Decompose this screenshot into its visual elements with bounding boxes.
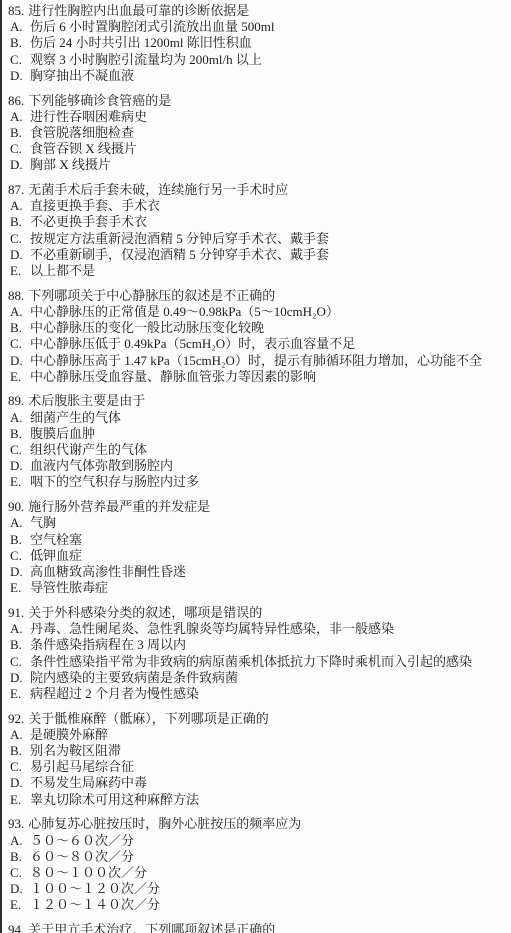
question-stem-text: 进行性胸腔内出血最可靠的诊断依据是: [28, 3, 249, 19]
option-row: D.不易发生局麻药中毒: [8, 775, 509, 791]
option-text: 胸部 X 线摄片: [30, 157, 111, 173]
option-letter: D.: [10, 775, 30, 791]
option-row: B.腹膜后血肿: [8, 426, 509, 442]
option-row: E.１２０～１４０次／分: [8, 897, 509, 913]
option-text: 气胸: [30, 515, 56, 531]
option-row: C.条件性感染指平常为非致病的病原菌乘机体抵抗力下降时乘机而入引起的感染: [8, 654, 509, 670]
question-stem-text: 关于甲亢手术治疗，下列哪项叙述是正确的: [28, 922, 275, 933]
option-text: 以上都不是: [30, 263, 95, 279]
option-letter: C.: [10, 759, 30, 775]
option-text: 伤后 6 小时置胸腔闭式引流放出血量 500ml: [30, 19, 274, 35]
option-row: B.中心静脉压的变化一般比动脉压变化较晚: [8, 320, 509, 336]
option-letter: B.: [10, 743, 30, 759]
option-row: A.丹毒、急性阑尾炎、急性乳腺炎等均属特异性感染，非一般感染: [8, 621, 509, 637]
option-letter: C.: [10, 548, 30, 564]
option-letter: E.: [10, 263, 30, 279]
question-block: 93.心肺复苏心脏按压时，胸外心脏按压的频率应为A.５０～６０次／分B.６０～８…: [8, 816, 509, 913]
option-row: A.是硬膜外麻醉: [8, 727, 509, 743]
option-row: B.食管脱落细胞检查: [8, 125, 509, 141]
option-letter: B.: [10, 849, 30, 865]
option-text: 睾丸切除术可用这种麻醉方法: [30, 792, 199, 808]
question-stem-text: 下列能够确诊食管癌的是: [28, 93, 171, 109]
option-text: 丹毒、急性阑尾炎、急性乳腺炎等均属特异性感染，非一般感染: [30, 621, 394, 637]
option-letter: E.: [10, 369, 30, 385]
option-row: E.咽下的空气积存与肠腔内过多: [8, 474, 509, 490]
option-text: １００～１２０次／分: [30, 881, 160, 897]
question-stem-text: 关于骶椎麻醉（骶麻），下列哪项是正确的: [28, 711, 269, 727]
option-row: E.睾丸切除术可用这种麻醉方法: [8, 792, 509, 808]
option-letter: A.: [10, 304, 30, 320]
question-block: 89.术后腹胀主要是由于A.细菌产生的气体B.腹膜后血肿C.组织代谢产生的气体D…: [8, 393, 509, 490]
question-stem-text: 无菌手术后手套未破，连续施行另一手术时应: [28, 182, 288, 198]
question-number: 94.: [8, 922, 24, 933]
option-letter: E.: [10, 474, 30, 490]
option-row: A.中心静脉压的正常值是 0.49～0.98kPa（5～10cmH₂O）: [8, 304, 509, 320]
option-text: 伤后 24 小时共引出 1200ml 陈旧性积血: [30, 35, 252, 51]
option-row: A.５０～６０次／分: [8, 833, 509, 849]
option-row: C.按规定方法重新浸泡酒精 5 分钟后穿手术衣、戴手套: [8, 231, 509, 247]
option-row: A.直接更换手套、手术衣: [8, 198, 509, 214]
option-text: 不必更换手套手术衣: [30, 214, 147, 230]
option-letter: D.: [10, 247, 30, 263]
option-letter: A.: [10, 198, 30, 214]
option-letter: C.: [10, 336, 30, 352]
question-stem-text: 心肺复苏心脏按压时，胸外心脏按压的频率应为: [28, 816, 301, 832]
option-text: 血液内气体弥散到肠腔内: [30, 458, 173, 474]
question-block: 86.下列能够确诊食管癌的是A.进行性吞咽困难病史B.食管脱落细胞检查C.食管吞…: [8, 93, 509, 174]
option-letter: B.: [10, 214, 30, 230]
question-number: 91.: [8, 605, 24, 621]
option-letter: E.: [10, 686, 30, 702]
question-stem: 90.施行肠外营养最严重的并发症是: [8, 499, 509, 515]
question-block: 85.进行性胸腔内出血最可靠的诊断依据是A.伤后 6 小时置胸腔闭式引流放出血量…: [8, 3, 509, 84]
question-stem: 86.下列能够确诊食管癌的是: [8, 93, 509, 109]
question-stem: 91.关于外科感染分类的叙述，哪项是错误的: [8, 605, 509, 621]
option-letter: E.: [10, 897, 30, 913]
question-stem: 88.下列哪项关于中心静脉压的叙述是不正确的: [8, 288, 509, 304]
option-letter: C.: [10, 231, 30, 247]
option-letter: E.: [10, 792, 30, 808]
option-text: 不易发生局麻药中毒: [30, 775, 147, 791]
option-letter: D.: [10, 458, 30, 474]
option-letter: B.: [10, 532, 30, 548]
question-stem-text: 术后腹胀主要是由于: [28, 393, 145, 409]
option-letter: A.: [10, 727, 30, 743]
option-text: 中心静脉压受血容量、静脉血管张力等因素的影响: [30, 369, 316, 385]
question-stem: 89.术后腹胀主要是由于: [8, 393, 509, 409]
option-row: A.伤后 6 小时置胸腔闭式引流放出血量 500ml: [8, 19, 509, 35]
option-text: 高血糖致高渗性非酮性昏迷: [30, 564, 186, 580]
option-text: 咽下的空气积存与肠腔内过多: [30, 474, 199, 490]
option-text: 中心静脉压的正常值是 0.49～0.98kPa（5～10cmH₂O）: [30, 304, 339, 320]
question-number: 85.: [8, 3, 24, 19]
option-text: ８０～１００次／分: [30, 865, 147, 881]
option-text: 导管性脓毒症: [30, 580, 108, 596]
option-row: B.别名为鞍区阻滞: [8, 743, 509, 759]
option-text: 腹膜后血肿: [30, 426, 95, 442]
option-text: 进行性吞咽困难病史: [30, 109, 147, 125]
option-letter: B.: [10, 35, 30, 51]
option-text: 胸穿抽出不凝血液: [30, 68, 134, 84]
option-letter: D.: [10, 353, 30, 369]
option-text: 低钾血症: [30, 548, 82, 564]
question-block: 94.关于甲亢手术治疗，下列哪项叙述是正确的: [8, 922, 509, 933]
option-row: E.病程超过 2 个月者为慢性感染: [8, 686, 509, 702]
option-letter: A.: [10, 109, 30, 125]
option-row: C.低钾血症: [8, 548, 509, 564]
option-letter: B.: [10, 320, 30, 336]
option-letter: A.: [10, 515, 30, 531]
option-row: B.不必更换手套手术衣: [8, 214, 509, 230]
option-row: C.易引起马尾综合征: [8, 759, 509, 775]
option-row: A.细菌产生的气体: [8, 410, 509, 426]
option-text: 别名为鞍区阻滞: [30, 743, 121, 759]
option-letter: C.: [10, 654, 30, 670]
question-stem: 85.进行性胸腔内出血最可靠的诊断依据是: [8, 3, 509, 19]
exam-page: 85.进行性胸腔内出血最可靠的诊断依据是A.伤后 6 小时置胸腔闭式引流放出血量…: [0, 0, 511, 933]
option-text: 观察 3 小时胸腔引流量均为 200ml/h 以上: [30, 52, 262, 68]
option-row: E.中心静脉压受血容量、静脉血管张力等因素的影响: [8, 369, 509, 385]
option-text: １２０～１４０次／分: [30, 897, 160, 913]
question-number: 89.: [8, 393, 24, 409]
option-letter: B.: [10, 125, 30, 141]
option-text: 院内感染的主要致病菌是条件致病菌: [30, 670, 238, 686]
option-text: 易引起马尾综合征: [30, 759, 134, 775]
option-row: B.６０～８０次／分: [8, 849, 509, 865]
question-number: 90.: [8, 499, 24, 515]
question-stem-text: 关于外科感染分类的叙述，哪项是错误的: [28, 605, 262, 621]
option-text: 是硬膜外麻醉: [30, 727, 108, 743]
option-letter: E.: [10, 580, 30, 596]
option-letter: C.: [10, 52, 30, 68]
option-text: 直接更换手套、手术衣: [30, 198, 160, 214]
question-number: 86.: [8, 93, 24, 109]
option-row: B.伤后 24 小时共引出 1200ml 陈旧性积血: [8, 35, 509, 51]
option-letter: C.: [10, 865, 30, 881]
option-row: D.不必重新刷手，仅浸泡酒精 5 分钟穿手术衣、戴手套: [8, 247, 509, 263]
option-letter: D.: [10, 564, 30, 580]
option-row: C.８０～１００次／分: [8, 865, 509, 881]
option-row: B.空气栓塞: [8, 532, 509, 548]
option-row: D.１００～１２０次／分: [8, 881, 509, 897]
option-row: D.院内感染的主要致病菌是条件致病菌: [8, 670, 509, 686]
question-number: 88.: [8, 288, 24, 304]
question-block: 92.关于骶椎麻醉（骶麻），下列哪项是正确的A.是硬膜外麻醉B.别名为鞍区阻滞C…: [8, 711, 509, 808]
option-row: E.以上都不是: [8, 263, 509, 279]
option-row: A.气胸: [8, 515, 509, 531]
question-block: 91.关于外科感染分类的叙述，哪项是错误的A.丹毒、急性阑尾炎、急性乳腺炎等均属…: [8, 605, 509, 702]
option-letter: D.: [10, 68, 30, 84]
question-stem: 92.关于骶椎麻醉（骶麻），下列哪项是正确的: [8, 711, 509, 727]
option-text: 条件性感染指平常为非致病的病原菌乘机体抵抗力下降时乘机而入引起的感染: [30, 654, 472, 670]
option-text: 中心静脉压高于 1.47 kPa（15cmH₂O）时，提示有肺循环阻力增加，心功…: [30, 353, 482, 369]
option-row: E.导管性脓毒症: [8, 580, 509, 596]
option-row: D.胸穿抽出不凝血液: [8, 68, 509, 84]
question-number: 92.: [8, 711, 24, 727]
option-letter: D.: [10, 157, 30, 173]
question-stem: 94.关于甲亢手术治疗，下列哪项叙述是正确的: [8, 922, 509, 933]
option-row: C.观察 3 小时胸腔引流量均为 200ml/h 以上: [8, 52, 509, 68]
question-block: 87.无菌手术后手套未破，连续施行另一手术时应A.直接更换手套、手术衣B.不必更…: [8, 182, 509, 279]
option-text: 组织代谢产生的气体: [30, 442, 147, 458]
question-block: 90.施行肠外营养最严重的并发症是A.气胸B.空气栓塞C.低钾血症D.高血糖致高…: [8, 499, 509, 596]
option-text: 食管吞钡 X 线摄片: [30, 141, 137, 157]
question-block: 88.下列哪项关于中心静脉压的叙述是不正确的A.中心静脉压的正常值是 0.49～…: [8, 288, 509, 385]
option-letter: B.: [10, 637, 30, 653]
question-stem-text: 施行肠外营养最严重的并发症是: [28, 499, 210, 515]
option-text: ５０～６０次／分: [30, 833, 134, 849]
option-text: 空气栓塞: [30, 532, 82, 548]
option-row: A.进行性吞咽困难病史: [8, 109, 509, 125]
option-row: D.胸部 X 线摄片: [8, 157, 509, 173]
option-letter: C.: [10, 141, 30, 157]
option-letter: B.: [10, 426, 30, 442]
option-letter: A.: [10, 833, 30, 849]
question-stem: 87.无菌手术后手套未破，连续施行另一手术时应: [8, 182, 509, 198]
option-letter: D.: [10, 881, 30, 897]
question-number: 93.: [8, 816, 24, 832]
option-text: 病程超过 2 个月者为慢性感染: [30, 686, 199, 702]
option-letter: A.: [10, 19, 30, 35]
option-row: C.食管吞钡 X 线摄片: [8, 141, 509, 157]
option-row: C.中心静脉压低于 0.49kPa（5cmH₂O）时，表示血容量不足: [8, 336, 509, 352]
option-text: 不必重新刷手，仅浸泡酒精 5 分钟穿手术衣、戴手套: [30, 247, 329, 263]
option-row: D.中心静脉压高于 1.47 kPa（15cmH₂O）时，提示有肺循环阻力增加，…: [8, 353, 509, 369]
option-text: 中心静脉压的变化一般比动脉压变化较晚: [30, 320, 264, 336]
option-letter: C.: [10, 442, 30, 458]
option-text: 细菌产生的气体: [30, 410, 121, 426]
question-number: 87.: [8, 182, 24, 198]
option-row: C.组织代谢产生的气体: [8, 442, 509, 458]
option-letter: D.: [10, 670, 30, 686]
option-letter: A.: [10, 621, 30, 637]
question-stem-text: 下列哪项关于中心静脉压的叙述是不正确的: [28, 288, 275, 304]
option-text: 按规定方法重新浸泡酒精 5 分钟后穿手术衣、戴手套: [30, 231, 329, 247]
question-stem: 93.心肺复苏心脏按压时，胸外心脏按压的频率应为: [8, 816, 509, 832]
option-text: ６０～８０次／分: [30, 849, 134, 865]
option-text: 食管脱落细胞检查: [30, 125, 134, 141]
option-row: D.血液内气体弥散到肠腔内: [8, 458, 509, 474]
option-row: B.条件感染指病程在 3 周以内: [8, 637, 509, 653]
option-row: D.高血糖致高渗性非酮性昏迷: [8, 564, 509, 580]
option-letter: A.: [10, 410, 30, 426]
option-text: 中心静脉压低于 0.49kPa（5cmH₂O）时，表示血容量不足: [30, 336, 355, 352]
option-text: 条件感染指病程在 3 周以内: [30, 637, 186, 653]
